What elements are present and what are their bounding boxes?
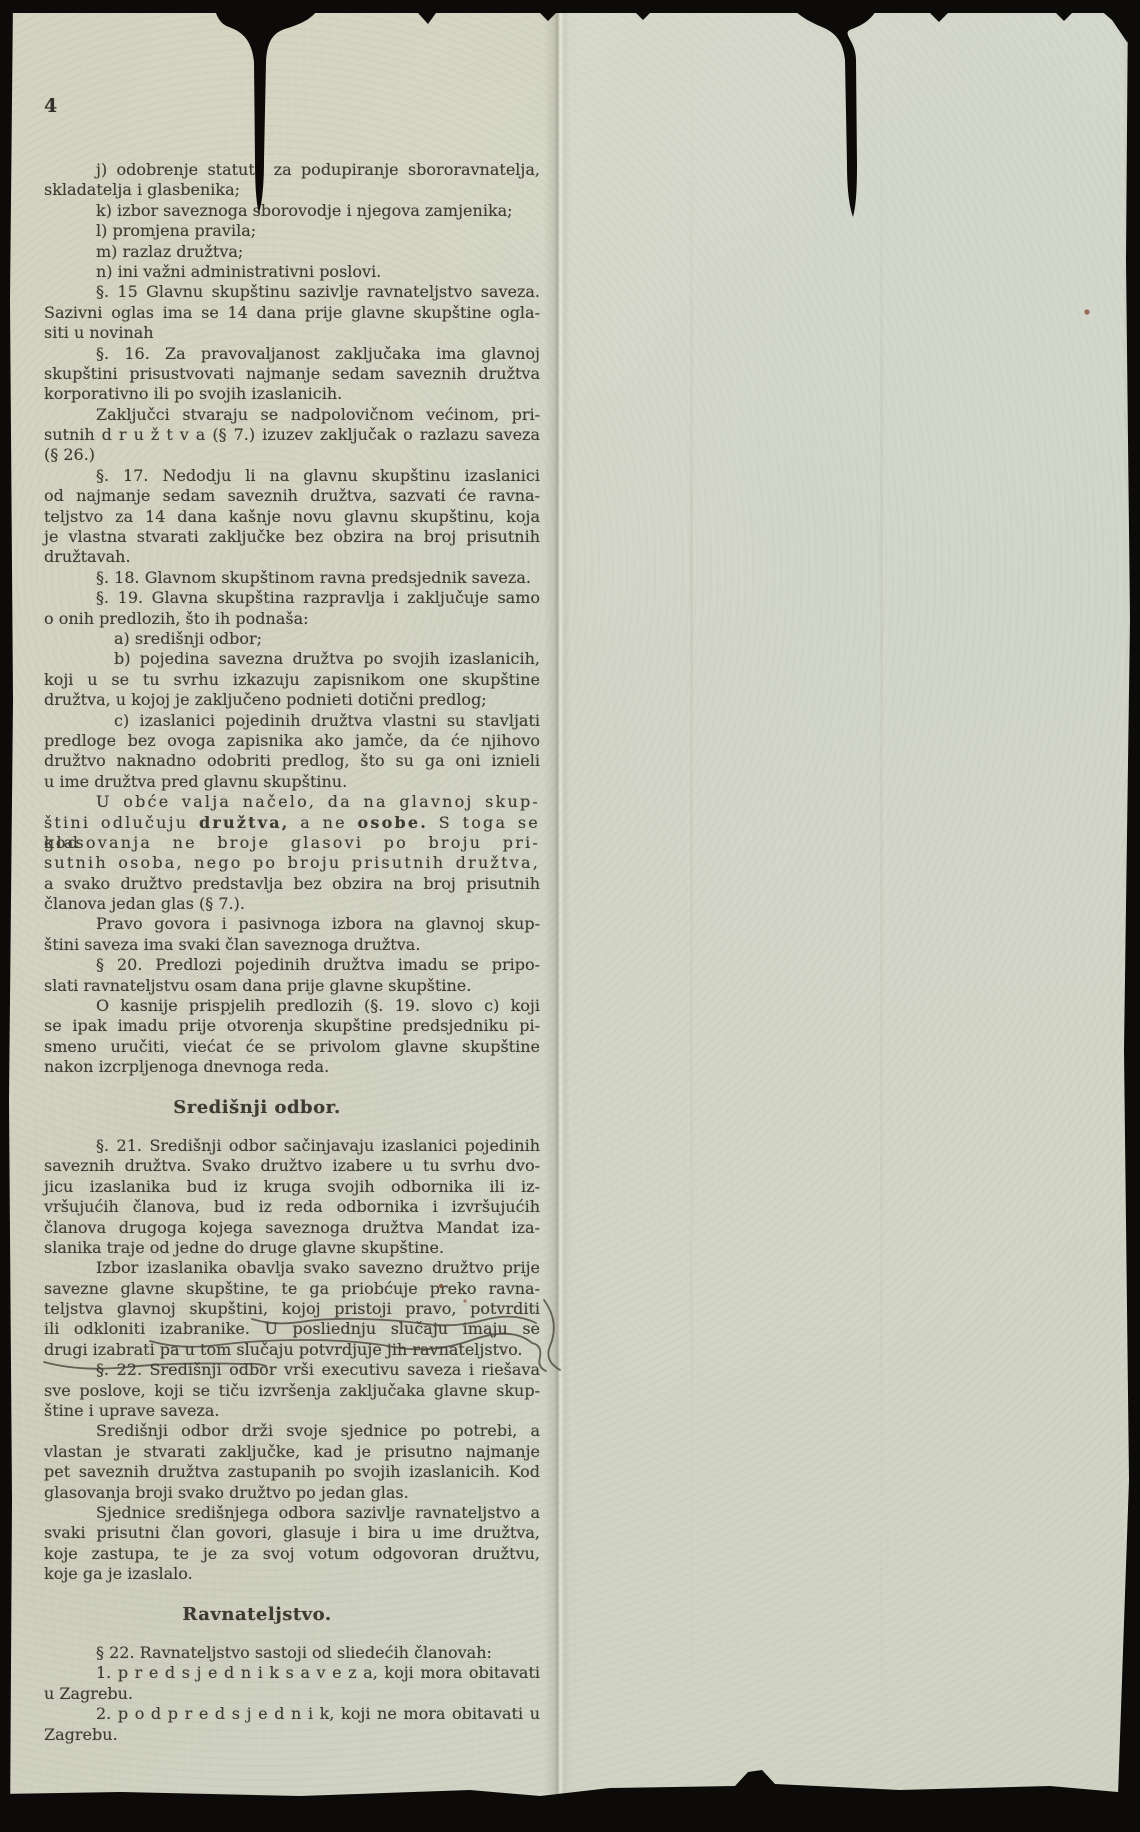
text-line: (§ 26.) <box>44 445 540 465</box>
text-line: b) pojedina savezna družtva po svojih iz… <box>44 649 540 669</box>
text-line: n) ini važni administrativni poslovi. <box>44 262 540 282</box>
fold-crease <box>544 12 570 1794</box>
text-line: l) promjena pravila; <box>44 221 540 241</box>
text-line: O kasnije prispjelih predlozih (§. 19. s… <box>44 996 540 1016</box>
text-line: skupštini prisustvovati najmanje sedam s… <box>44 364 540 384</box>
text-line: pet saveznih družtva zastupanih po svoji… <box>44 1462 540 1482</box>
section-heading: Središnji odbor. <box>44 1098 470 1118</box>
text-line: Sazivni oglas ima se 14 dana prije glavn… <box>44 303 540 323</box>
text-line: § 20. Predlozi pojedinih družtva imadu s… <box>44 955 540 975</box>
text-line: koji u se tu svrhu izkazuju zapisnikom o… <box>44 670 540 690</box>
text-line: 2. p o d p r e d s j e d n i k, koji ne … <box>44 1704 540 1724</box>
text-line: štine i uprave saveza. <box>44 1401 540 1421</box>
text-line: 1. p r e d s j e d n i k s a v e z a, ko… <box>44 1663 540 1683</box>
faint-crease <box>690 30 693 1772</box>
text-line: §. 17. Nedodju li na glavnu skupštinu iz… <box>44 466 540 486</box>
text-line: §. 22. Središnji odbor vrši executivu sa… <box>44 1360 540 1380</box>
blank-right-page <box>558 10 1124 1792</box>
text-line: Pravo govora i pasivnoga izbora na glavn… <box>44 914 540 934</box>
text-line: §. 18. Glavnom skupštinom ravna predsjed… <box>44 568 540 588</box>
text-line: sutnih osoba, nego po broju prisutnih dr… <box>44 853 540 873</box>
text-line: družtavah. <box>44 547 540 567</box>
text-line: članova drugoga kojega saveznoga družtva… <box>44 1218 540 1238</box>
text-line: j) odobrenje statuta za podupiranje sbor… <box>44 160 540 180</box>
text-line: §. 15 Glavnu skupštinu sazivlje ravnatel… <box>44 282 540 302</box>
text-line: a) središnji odbor; <box>44 629 540 649</box>
text-line: nakon izcrpljenoga dnevnoga reda. <box>44 1057 540 1077</box>
text-line: Središnji odbor drži svoje sjednice po p… <box>44 1421 540 1441</box>
text-line: ili odkloniti izabranike. U posliednju s… <box>44 1319 540 1339</box>
text-line: o onih predlozih, što ih podnaša: <box>44 609 540 629</box>
text-line: predloge bez ovoga zapisnika ako jamče, … <box>44 731 540 751</box>
text-line: drugi izabrati pa u tom slučaju potvrdju… <box>44 1340 540 1360</box>
text-line: jicu izaslanika bud iz kruga svojih odbo… <box>44 1177 540 1197</box>
text-line: teljstva glavnoj skupštini, kojoj pristo… <box>44 1299 540 1319</box>
text-line: siti u novinah <box>44 323 540 343</box>
text-line: §. 16. Za pravovaljanost zaključaka ima … <box>44 344 540 364</box>
text-line: korporativno ili po svojih izaslanicih. <box>44 384 540 404</box>
text-line: sutnih d r u ž t v a (§ 7.) izuzev zaklj… <box>44 425 540 445</box>
text-line: družtva, u kojoj je zaključeno podnieti … <box>44 690 540 710</box>
text-line: § 22. Ravnateljstvo sastoji od sliedećih… <box>44 1643 540 1663</box>
top-border <box>0 0 1140 13</box>
text-line: §. 19. Glavna skupština razpravlja i zak… <box>44 588 540 608</box>
text-line: savezne glavne skupštine, te ga priobćuj… <box>44 1279 540 1299</box>
text-line: Zaključci stvaraju se nadpolovičnom veći… <box>44 405 540 425</box>
text-line: družtvo naknadno odobriti predlog, što s… <box>44 751 540 771</box>
text-line: štini odlučuju družtva, a ne osobe. S to… <box>44 813 540 833</box>
text-line: smeno uručiti, viećat će se privolom gla… <box>44 1037 540 1057</box>
text-line: c) izaslanici pojedinih družtva vlastni … <box>44 711 540 731</box>
text-line: od najmanje sedam saveznih družtva, sazv… <box>44 486 540 506</box>
text-line: u Zagrebu. <box>44 1684 540 1704</box>
text-line: m) razlaz družtva; <box>44 242 540 262</box>
text-line: koje zastupa, te je za svoj votum odgovo… <box>44 1544 540 1564</box>
text-line: Izbor izaslanika obavlja svako savezno d… <box>44 1258 540 1278</box>
text-line: je vlastna stvarati zaključke bez obzira… <box>44 527 540 547</box>
text-line: k) izbor saveznoga sborovodje i njegova … <box>44 201 540 221</box>
text-line: glasovanja ne broje glasovi po broju pri… <box>44 833 540 853</box>
text-line: glasovanja broji svako družtvo po jedan … <box>44 1483 540 1503</box>
faint-crease <box>880 30 883 1772</box>
text-line: slanika traje od jedne do druge glavne s… <box>44 1238 540 1258</box>
text-line: Sjednice središnjega odbora sazivlje rav… <box>44 1503 540 1523</box>
text-line: svaki prisutni član govori, glasuje i bi… <box>44 1523 540 1543</box>
text-line: §. 21. Središnji odbor sačinjavaju izasl… <box>44 1136 540 1156</box>
page-number: 4 <box>44 95 57 117</box>
text-line: skladatelja i glasbenika; <box>44 180 540 200</box>
text-line: vršujućih članova, bud iz reda odbornika… <box>44 1197 540 1217</box>
text-line: se ipak imadu prije otvorenja skupštine … <box>44 1016 540 1036</box>
text-line: U obće valja načelo, da na glavnoj skup- <box>44 792 540 812</box>
text-line: u ime družtva pred glavnu skupštinu. <box>44 772 540 792</box>
text-line: saveznih družtva. Svako družtvo izabere … <box>44 1156 540 1176</box>
text-line: koje ga je izaslalo. <box>44 1564 540 1584</box>
text-line: vlastan je stvarati zaključke, kad je pr… <box>44 1442 540 1462</box>
text-line: Zagrebu. <box>44 1725 540 1745</box>
text-line: sve poslove, koji se tiču izvršenja zakl… <box>44 1381 540 1401</box>
text-line: članova jedan glas (§ 7.). <box>44 894 540 914</box>
text-line: slati ravnateljstvu osam dana prije glav… <box>44 976 540 996</box>
text-line: a svako družtvo predstavlja bez obzira n… <box>44 874 540 894</box>
text-line: teljstvo za 14 dana kašnje novu glavnu s… <box>44 507 540 527</box>
text-line: štini saveza ima svaki član saveznoga dr… <box>44 935 540 955</box>
section-heading: Ravnateljstvo. <box>44 1605 470 1625</box>
text-column: j) odobrenje statuta za podupiranje sbor… <box>44 160 540 1745</box>
